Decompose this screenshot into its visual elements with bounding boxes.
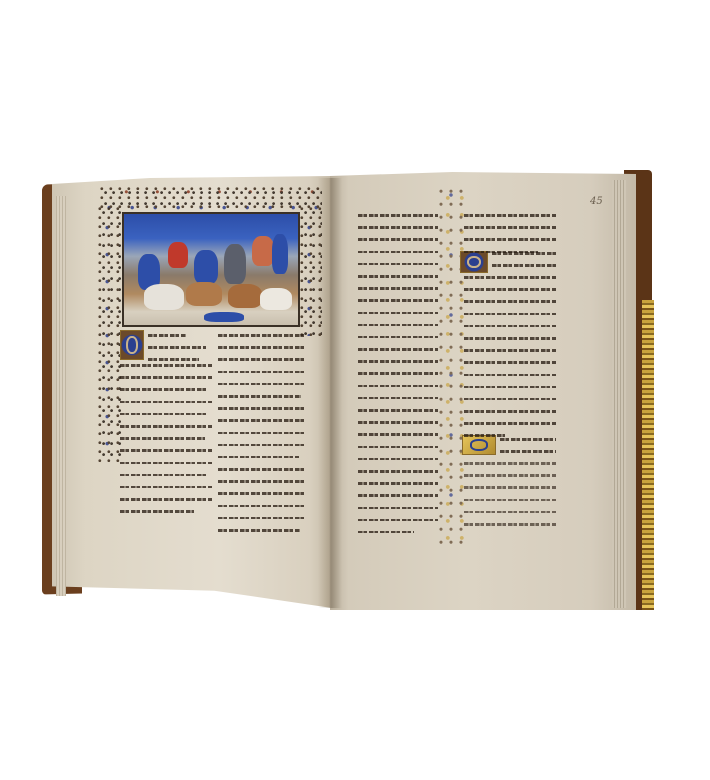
right-page-column-1 bbox=[358, 214, 438, 543]
folio-number: 45 bbox=[590, 196, 603, 207]
knight-figure bbox=[168, 242, 188, 268]
manuscript-photo: 45 bbox=[0, 0, 710, 780]
knight-figure bbox=[272, 234, 288, 274]
horse-figure bbox=[186, 282, 222, 306]
horse-figure bbox=[228, 284, 262, 308]
horse-figure bbox=[144, 284, 184, 310]
knight-figure bbox=[252, 236, 274, 266]
initial-letterform bbox=[126, 336, 138, 354]
knight-figure bbox=[194, 250, 218, 284]
gilt-fore-edge bbox=[642, 300, 654, 610]
right-page-stack bbox=[612, 180, 626, 608]
horse-figure bbox=[260, 288, 292, 310]
knight-figure bbox=[224, 244, 246, 284]
left-border-top-vine bbox=[100, 186, 322, 210]
book-gutter bbox=[318, 178, 342, 608]
fallen-knight-figure bbox=[204, 312, 244, 322]
left-page-stack bbox=[56, 196, 66, 596]
right-page-column-2 bbox=[464, 276, 556, 447]
decorated-initial-left bbox=[120, 330, 144, 360]
left-page-column-1 bbox=[120, 364, 212, 522]
left-page-column-2 bbox=[218, 334, 304, 541]
right-page-column-2-bottom bbox=[464, 462, 556, 535]
right-page-center-vine bbox=[438, 186, 464, 550]
battle-miniature bbox=[122, 212, 300, 327]
left-border-side-vine bbox=[98, 206, 122, 462]
right-page-column-2-beside-initial bbox=[492, 252, 556, 276]
right-page-column-2-beside-gilded-initial bbox=[500, 438, 556, 462]
